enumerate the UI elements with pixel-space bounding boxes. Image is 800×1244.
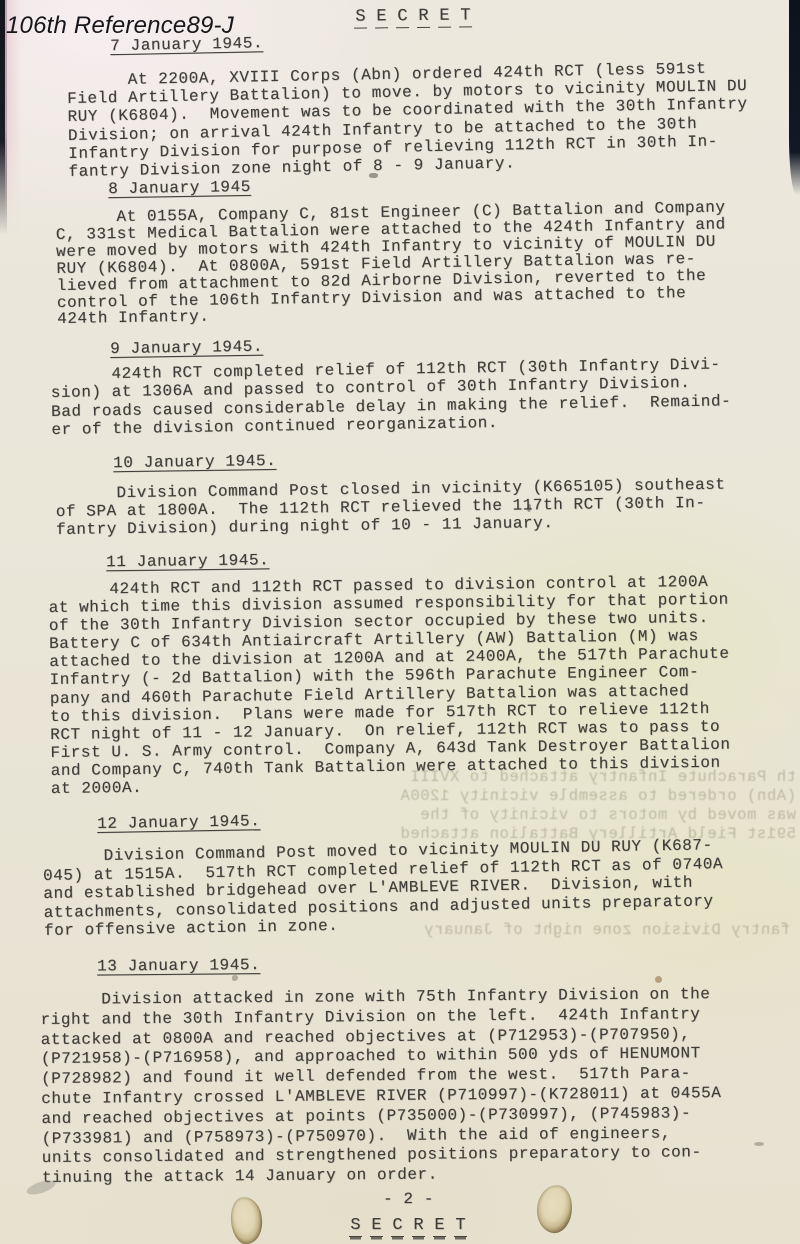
entry-body: Division Command Post moved to vicinity …	[43, 836, 725, 941]
entry-body: At 2200A, XVIII Corps (Abn) ordered 424t…	[67, 59, 749, 181]
classification-letter: R	[412, 1216, 425, 1237]
classification-letter: E	[438, 7, 451, 28]
entry-date: 11 January 1945.	[106, 551, 269, 571]
scan-smudge	[25, 1178, 57, 1198]
scanned-page: 106th Reference89-J SECRET th Parachute …	[0, 0, 800, 1244]
classification-letter: E	[433, 1216, 446, 1237]
scan-speck	[232, 975, 238, 981]
entry-date: 12 January 1945.	[97, 812, 261, 833]
entry-body: Division attacked in zone with 75th Infa…	[40, 985, 722, 1189]
classification-header: SECRET	[354, 6, 480, 28]
scan-speck	[754, 1142, 764, 1146]
classification-letter: C	[391, 1216, 404, 1237]
scan-speck	[527, 504, 531, 512]
entry-date: 8 January 1945	[108, 178, 251, 198]
classification-letter: R	[417, 7, 430, 28]
entry-body: 424th RCT and 112th RCT passed to divisi…	[48, 573, 731, 798]
classification-letter: S	[349, 1216, 362, 1237]
scan-speck	[369, 173, 378, 178]
classification-letter: C	[396, 7, 409, 28]
classification-letter: E	[370, 1216, 383, 1237]
entry-body: Division Command Post closed in vicinity…	[55, 476, 726, 539]
entry-date: 9 January 1945.	[110, 338, 263, 358]
classification-letter: T	[454, 1216, 467, 1237]
scan-speck	[655, 976, 662, 983]
entry-date: 7 January 1945.	[110, 34, 263, 55]
classification-letter: T	[459, 6, 472, 27]
punch-hole-right	[533, 1183, 575, 1236]
entry-date: 13 January 1945.	[97, 956, 260, 975]
classification-footer: SECRET	[349, 1216, 475, 1237]
entry-body: At 0155A, Company C, 81st Engineer (C) B…	[55, 199, 727, 328]
page-number: - 2 -	[383, 1190, 434, 1208]
scan-edge-right	[789, 0, 800, 195]
punch-hole-left	[228, 1195, 265, 1244]
classification-letter: S	[354, 8, 367, 29]
entry-body: 424th RCT completed relief of 112th RCT …	[50, 355, 731, 439]
entry-date: 10 January 1945.	[113, 452, 276, 472]
classification-letter: E	[375, 7, 388, 28]
